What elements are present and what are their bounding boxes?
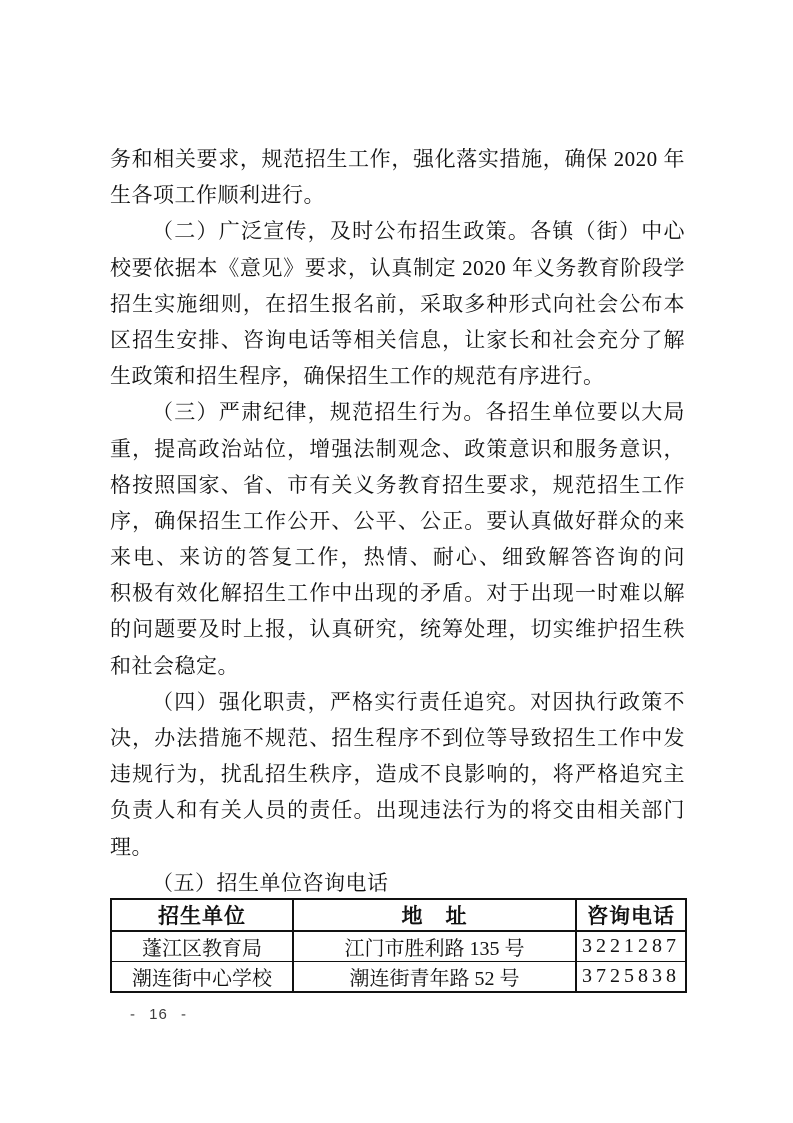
paragraph-line: 来电、来访的答复工作，热情、耐心、细致解答咨询的问题，	[110, 539, 685, 575]
phone-cell: 3725838	[576, 962, 686, 993]
column-header-phone: 咨询电话	[576, 899, 686, 931]
table-row: 潮连街中心学校 潮连街青年路 52 号 3725838	[111, 962, 686, 993]
paragraph-line: （二）广泛宣传，及时公布招生政策。各镇（街）中心学	[110, 213, 685, 249]
document-page: 务和相关要求，规范招生工作，强化落实措施，确保 2020 年招 生各项工作顺利进…	[0, 0, 793, 1123]
paragraph-line: 生政策和招生程序，确保招生工作的规范有序进行。	[110, 358, 685, 394]
paragraph-line: 序，确保招生工作公开、公平、公正。要认真做好群众的来信、	[110, 503, 685, 539]
body-text: 务和相关要求，规范招生工作，强化落实措施，确保 2020 年招 生各项工作顺利进…	[110, 141, 685, 901]
page-number: - 16 -	[130, 1006, 187, 1023]
phone-cell: 3221287	[576, 931, 686, 962]
paragraph-line: 决，办法措施不规范、招生程序不到位等导致招生工作中发生	[110, 720, 685, 756]
paragraph-line: 区招生安排、咨询电话等相关信息，让家长和社会充分了解招	[110, 322, 685, 358]
column-header-unit: 招生单位	[111, 899, 293, 931]
address-cell: 江门市胜利路 135 号	[293, 931, 576, 962]
paragraph-line: 和社会稳定。	[110, 648, 685, 684]
paragraph-line: 理。	[110, 829, 685, 865]
paragraph-line: 负责人和有关人员的责任。出现违法行为的将交由相关部门处	[110, 792, 685, 828]
table-header-row: 招生单位 地 址 咨询电话	[111, 899, 686, 931]
paragraph-line: （三）严肃纪律，规范招生行为。各招生单位要以大局为	[110, 394, 685, 430]
paragraph-line: 格按照国家、省、市有关义务教育招生要求，规范招生工作程	[110, 467, 685, 503]
paragraph-line: 招生实施细则，在招生报名前，采取多种形式向社会公布本辖	[110, 286, 685, 322]
column-header-address: 地 址	[293, 899, 576, 931]
section-heading-contact-phones: （五）招生单位咨询电话	[110, 865, 685, 901]
paragraph-line: 重，提高政治站位，增强法制观念、政策意识和服务意识，严	[110, 431, 685, 467]
unit-cell: 潮连街中心学校	[111, 962, 293, 993]
paragraph-line: 务和相关要求，规范招生工作，强化落实措施，确保 2020 年招	[110, 141, 685, 177]
paragraph-line: 的问题要及时上报，认真研究，统筹处理，切实维护招生秩序	[110, 611, 685, 647]
contact-table: 招生单位 地 址 咨询电话 蓬江区教育局 江门市胜利路 135 号 322128…	[110, 898, 687, 993]
paragraph-line: 积极有效化解招生工作中出现的矛盾。对于出现一时难以解决	[110, 575, 685, 611]
table-row: 蓬江区教育局 江门市胜利路 135 号 3221287	[111, 931, 686, 962]
address-cell: 潮连街青年路 52 号	[293, 962, 576, 993]
unit-cell: 蓬江区教育局	[111, 931, 293, 962]
paragraph-line: 违规行为，扰乱招生秩序，造成不良影响的，将严格追究主要	[110, 756, 685, 792]
paragraph-line: （四）强化职责，严格实行责任追究。对因执行政策不坚	[110, 684, 685, 720]
paragraph-line: 校要依据本《意见》要求，认真制定 2020 年义务教育阶段学校	[110, 250, 685, 286]
paragraph-line: 生各项工作顺利进行。	[110, 177, 685, 213]
